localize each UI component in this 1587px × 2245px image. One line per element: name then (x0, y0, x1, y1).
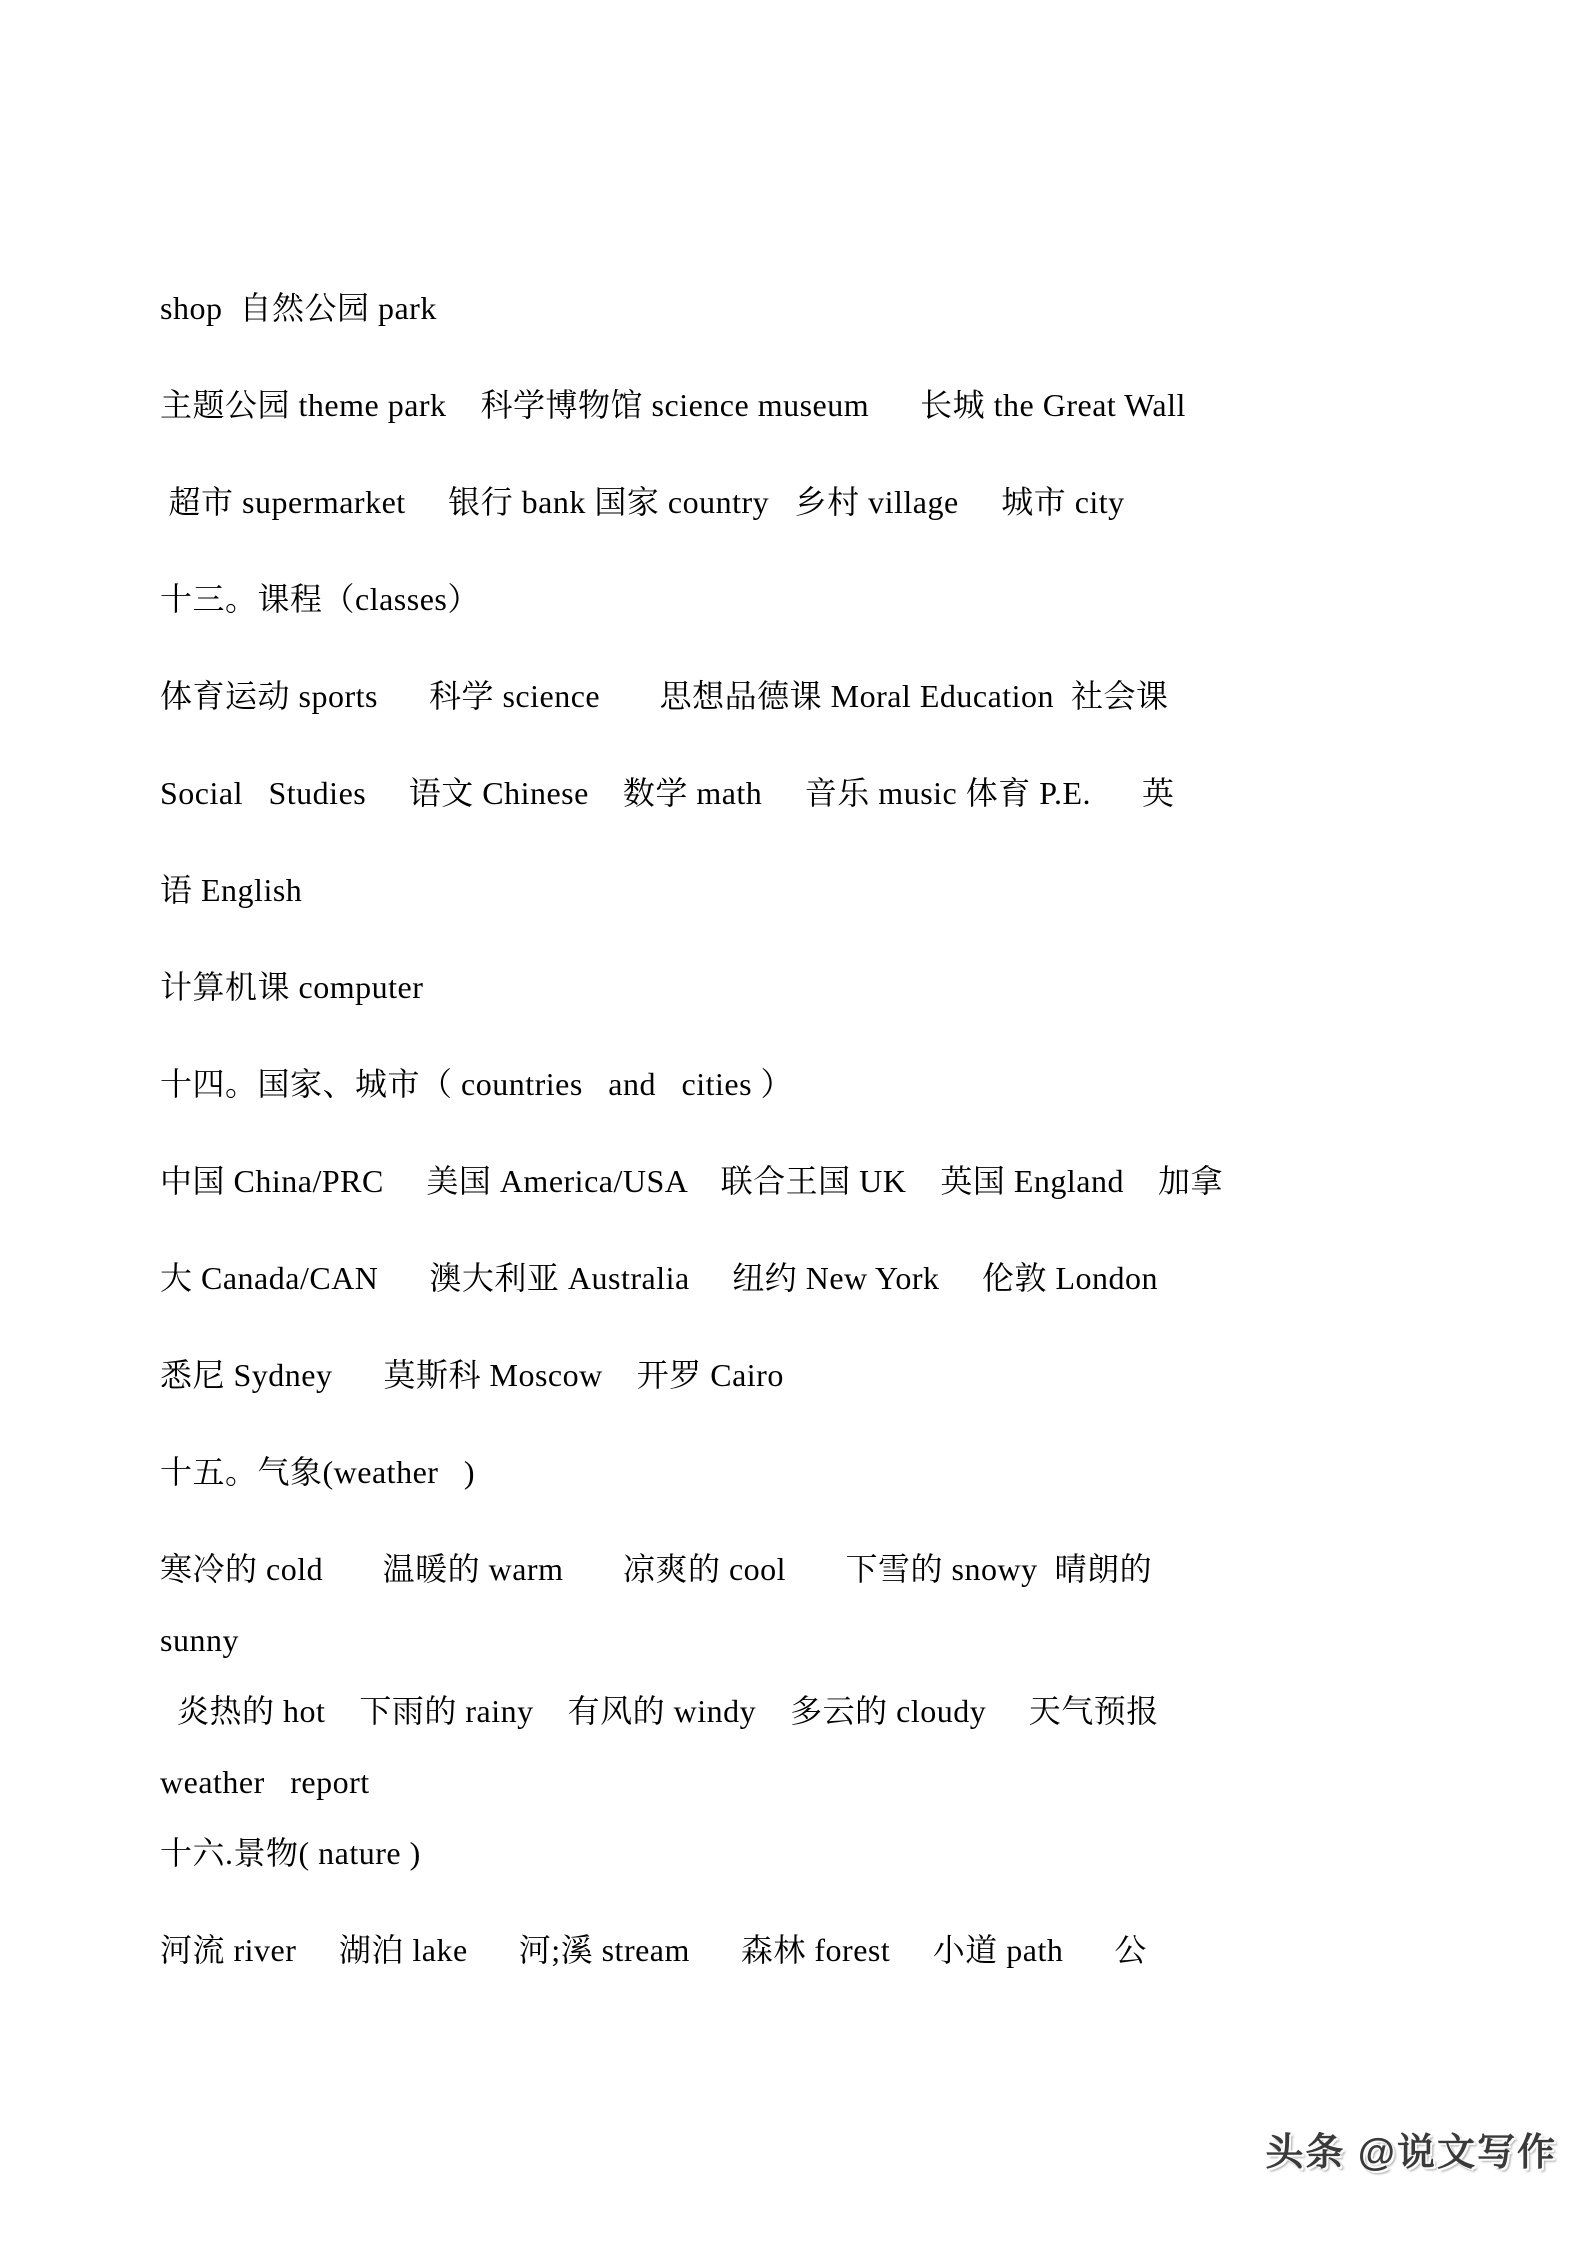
text-line-shop-park: shop 自然公园 park (160, 288, 1497, 328)
section-heading-16-nature: 十六.景物( nature ) (160, 1833, 1497, 1873)
text-line-weather-report: weather report (160, 1762, 1497, 1802)
watermark-text: 头条 @说文写作 (1265, 2132, 1557, 2174)
text-line-english: 语 English (160, 870, 1497, 910)
text-line-river-lake: 河流 river 湖泊 lake 河;溪 stream 森林 forest 小道… (160, 1930, 1497, 1970)
text-line-supermarket: 超市 supermarket 银行 bank 国家 country 乡村 vil… (160, 482, 1497, 522)
toutiao-watermark: 头条 @说文写作 (1215, 2078, 1557, 2219)
text-line-theme-park: 主题公园 theme park 科学博物馆 science museum 长城 … (160, 385, 1497, 425)
text-line-sydney: 悉尼 Sydney 莫斯科 Moscow 开罗 Cairo (160, 1355, 1497, 1395)
section-heading-15-weather: 十五。气象(weather ) (160, 1452, 1497, 1492)
section-heading-13-classes: 十三。课程（classes） (160, 579, 1497, 619)
text-line-computer: 计算机课 computer (160, 967, 1497, 1007)
vocabulary-text-block: shop 自然公园 park 主题公园 theme park 科学博物馆 sci… (160, 288, 1497, 2027)
text-line-hot-rainy: 炎热的 hot 下雨的 rainy 有风的 windy 多云的 cloudy 天… (160, 1691, 1497, 1731)
text-line-china-prc: 中国 China/PRC 美国 America/USA 联合王国 UK 英国 E… (160, 1161, 1497, 1201)
text-line-sports: 体育运动 sports 科学 science 思想品德课 Moral Educa… (160, 676, 1497, 716)
section-heading-14-countries: 十四。国家、城市（ countries and cities ） (160, 1064, 1497, 1104)
text-line-canada: 大 Canada/CAN 澳大利亚 Australia 纽约 New York … (160, 1258, 1497, 1298)
document-page: shop 自然公园 park 主题公园 theme park 科学博物馆 sci… (0, 0, 1587, 2245)
text-line-social-studies: Social Studies 语文 Chinese 数学 math 音乐 mus… (160, 773, 1497, 813)
text-line-cold-warm: 寒冷的 cold 温暖的 warm 凉爽的 cool 下雪的 snowy 晴朗的 (160, 1549, 1497, 1589)
text-line-sunny: sunny (160, 1620, 1497, 1660)
